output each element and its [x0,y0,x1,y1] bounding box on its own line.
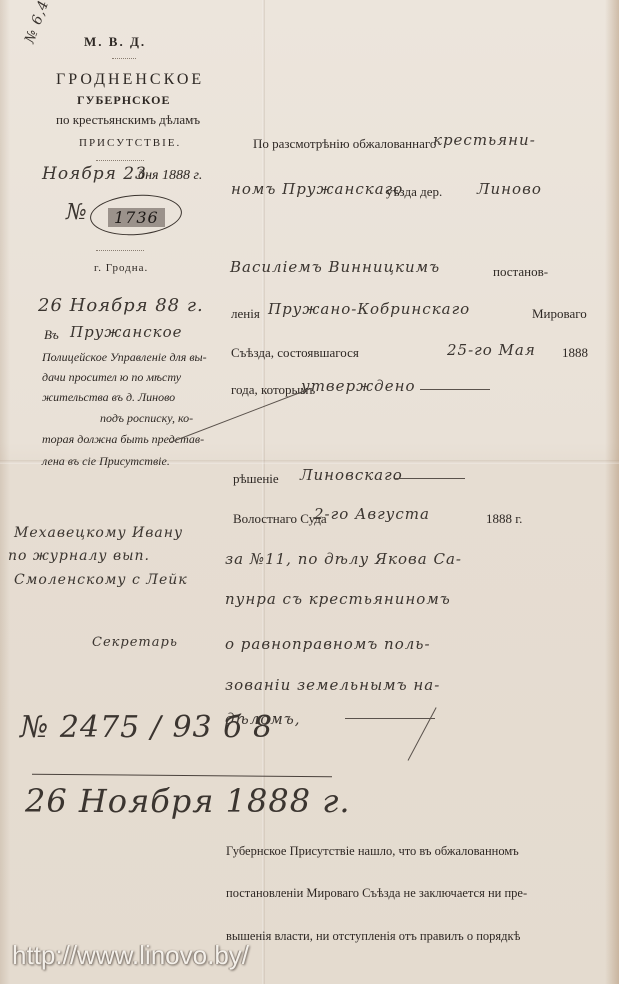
issue-date-handwritten: Ноября 23 [42,164,147,184]
addressee-prefix: Въ [44,327,59,343]
body-handwriting: Линово [477,180,542,198]
conclusion-line: Губернское Присутствіе нашло, что въ обж… [226,844,519,859]
margin-note: Мехавецкому Ивану [14,525,183,541]
body-text: По разсмотрѣнію обжалованнаго [253,136,436,152]
header-line-2: ГУБЕРНСКОЕ [77,93,170,108]
body-text: Съѣзда, состоявшагося [231,345,359,361]
watermark-url: http://www.linovo.by/ [12,940,249,971]
city: г. Гродна. [94,262,148,274]
body-text: Мироваго [532,306,587,322]
body-handwriting: крестьяни- [433,131,536,149]
header-line-4: ПРИСУТСТВІЕ. [79,137,181,149]
instruction-line: Полицейское Управленіе для вы- [42,350,207,365]
conclusion-line: вышенія власти, ни отступленія отъ прави… [226,929,520,944]
body-handwriting: Василіемъ Винницкимъ [230,258,440,276]
reference-date: 26 Ноября 1888 г. [25,782,351,820]
ministry-abbrev: М. В. Д. [84,34,146,50]
body-text: постанов- [493,264,548,280]
pen-stroke [345,718,435,719]
instruction-line: подъ росписку, ко- [100,411,193,426]
pen-stroke [395,478,465,479]
body-handwriting: о равноправномъ поль- [225,635,431,653]
margin-note: Смоленскому с Лейк [14,572,188,588]
pen-stroke [408,707,437,760]
secretary-signature: Секретарь [92,635,178,650]
body-handwriting: зованіи земельнымъ на- [225,676,440,694]
body-handwriting: утверждено [301,377,415,395]
dispatch-date: 26 Ноября 88 г. [38,295,204,316]
reference-rule [32,774,332,778]
document-number: 1736 [108,208,165,227]
body-handwriting: 2-го Августа [314,505,430,523]
corner-note: № 6,4 [22,0,52,45]
instruction-line: торая должна быть представ- [42,432,204,447]
body-handwriting: за №11, по дѣлу Якова Са- [225,550,462,568]
margin-note: по журналу вып. [8,548,150,564]
body-text: ленія [231,306,260,322]
header-divider [112,58,136,60]
body-handwriting: Пружано-Кобринскаго [268,300,470,318]
addressee-handwritten: Пружанское [70,323,183,341]
body-year: 1888 г. [486,511,522,527]
conclusion-line: постановленіи Мироваго Съѣзда не заключа… [226,886,527,901]
instruction-line: лена въ сіе Присутствіе. [42,454,170,469]
pen-stroke [420,389,490,390]
header-divider [96,160,144,162]
reference-number: № 2475 / 93 б 8 [20,710,273,745]
header-line-1: ГРОДНЕНСКОЕ [56,71,204,89]
instruction-line: дачи просител ю по мѣсту [42,370,181,385]
number-sign: № [66,200,88,225]
body-text: уѣзда дер. [386,184,442,200]
body-text: Волостнаго Суда [233,511,327,527]
body-handwriting: пунра съ крестьяниномъ [225,590,451,608]
instruction-line: жительства въ д. Линово [42,390,175,405]
body-text: рѣшеніе [233,471,279,487]
issue-date-printed: дня 1888 г. [138,168,202,184]
body-handwriting: номъ Пружанскаго [231,180,403,198]
body-handwriting: Линовскаго [300,466,403,484]
header-divider [96,250,144,252]
body-handwriting: 25-го Мая [447,341,536,359]
body-year: 1888 [562,345,588,361]
document-page: № 6,4 М. В. Д. ГРОДНЕНСКОЕ ГУБЕРНСКОЕ по… [0,0,619,984]
header-line-3: по крестьянскимъ дѣламъ [56,112,200,128]
